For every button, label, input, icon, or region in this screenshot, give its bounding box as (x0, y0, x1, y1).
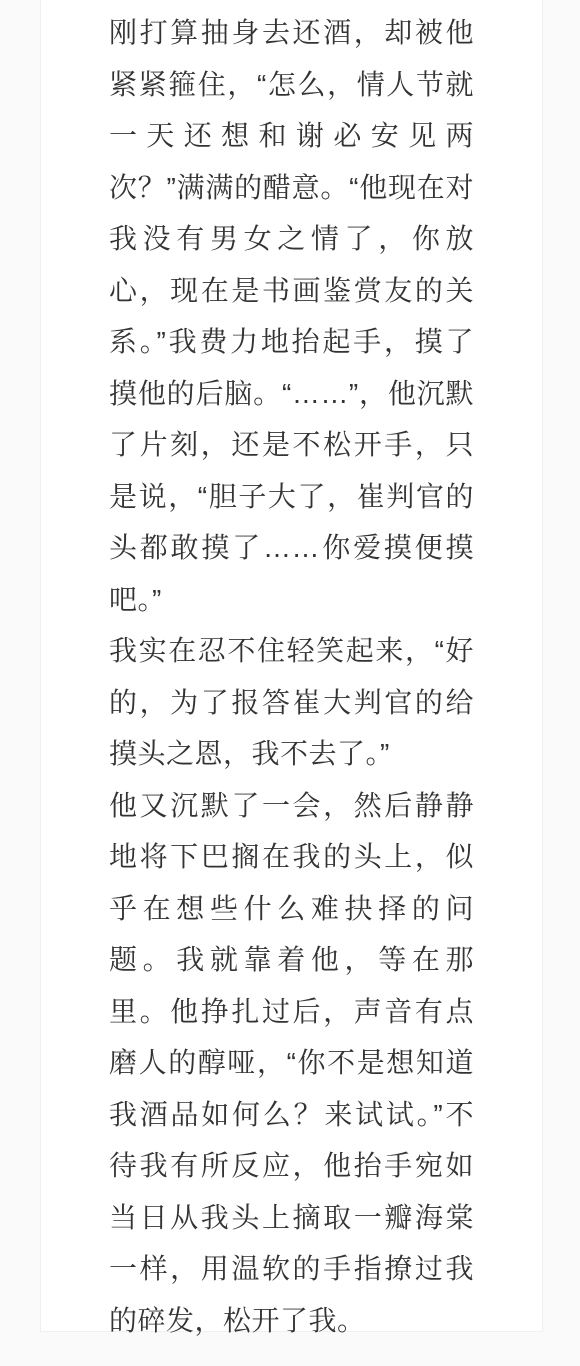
paragraph-1: 刚打算抽身去还酒，却被他紧紧箍住，“怎么，情人节就一天还想和谢必安见两次？”满满… (109, 7, 474, 625)
chapter-text: 刚打算抽身去还酒，却被他紧紧箍住，“怎么，情人节就一天还想和谢必安见两次？”满满… (41, 0, 542, 1346)
reading-card: 刚打算抽身去还酒，却被他紧紧箍住，“怎么，情人节就一天还想和谢必安见两次？”满满… (40, 0, 543, 1332)
paragraph-2: 我实在忍不住轻笑起来，“好的，为了报答崔大判官的给摸头之恩，我不去了。” (109, 625, 474, 780)
paragraph-3: 他又沉默了一会，然后静静地将下巴搁在我的头上，似乎在想些什么难抉择的问题。我就靠… (109, 780, 474, 1347)
